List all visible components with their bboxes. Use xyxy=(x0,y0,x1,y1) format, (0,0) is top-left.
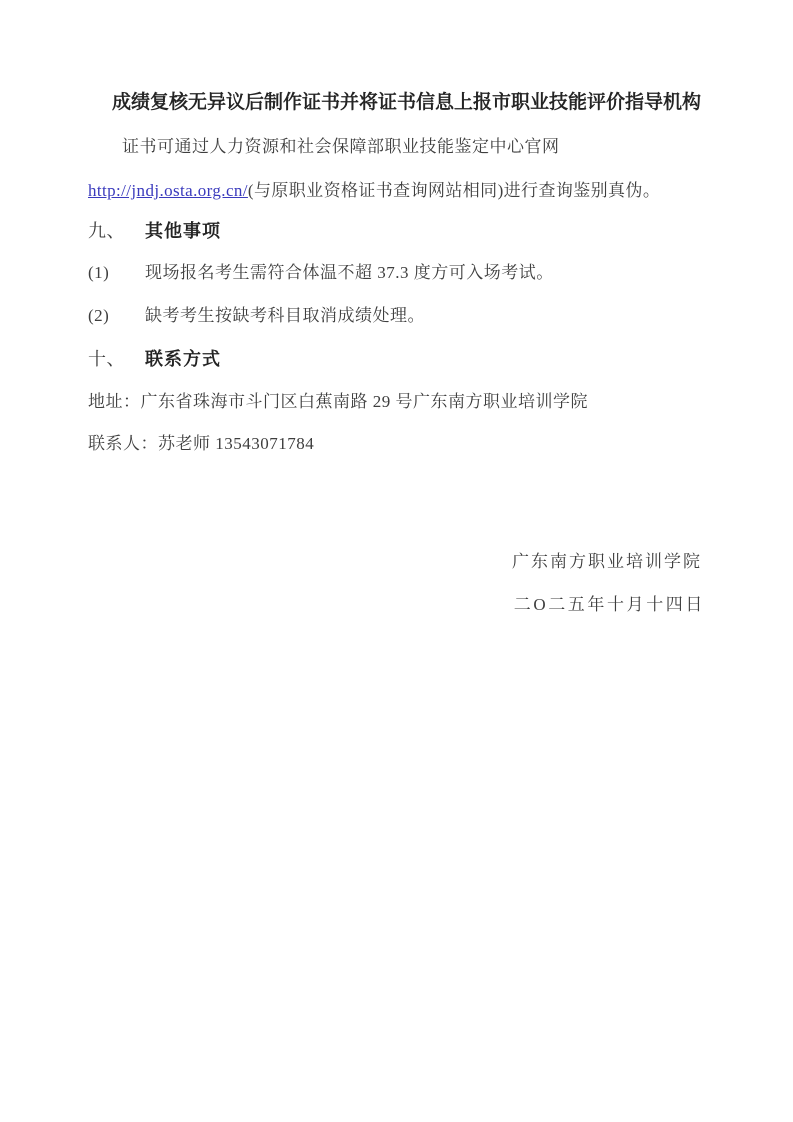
intro-title: 成绩复核无异议后制作证书并将证书信息上报市职业技能评价指导机构 xyxy=(112,92,701,115)
cert-query-line: http://jndj.osta.org.cn/(与原职业资格证书查询网站相同)… xyxy=(88,181,660,201)
list-item-1-text: 现场报名考生需符合体温不超 37.3 度方可入场考试。 xyxy=(145,263,554,282)
address-line: 地址：广东省珠海市斗门区白蕉南路 29 号广东南方职业培训学院 xyxy=(88,392,588,412)
address-value: 广东省珠海市斗门区白蕉南路 29 号广东南方职业培训学院 xyxy=(141,392,589,411)
list-item-1-number: (1) xyxy=(88,263,145,283)
list-item-2: (2)缺考考生按缺考科目取消成绩处理。 xyxy=(88,306,425,326)
section-10-title: 联系方式 xyxy=(145,349,221,369)
cert-info-line: 证书可通过人力资源和社会保障部职业技能鉴定中心官网 xyxy=(122,137,560,157)
section-10-number: 十、 xyxy=(88,349,145,371)
document-page: 成绩复核无异议后制作证书并将证书信息上报市职业技能评价指导机构 证书可通过人力资… xyxy=(0,0,793,1122)
section-9-heading: 九、其他事项 xyxy=(88,221,221,243)
cert-query-link[interactable]: http://jndj.osta.org.cn/ xyxy=(88,181,248,200)
contact-line: 联系人：苏老师 13543071784 xyxy=(88,434,314,454)
section-9-number: 九、 xyxy=(88,221,145,243)
list-item-2-number: (2) xyxy=(88,306,145,326)
address-label: 地址： xyxy=(88,392,141,411)
cert-query-link-suffix: (与原职业资格证书查询网站相同)进行查询鉴别真伪。 xyxy=(248,181,660,200)
section-10-heading: 十、联系方式 xyxy=(88,349,221,371)
signature-date: 二O二五年十月十四日 xyxy=(514,595,705,615)
list-item-2-text: 缺考考生按缺考科目取消成绩处理。 xyxy=(145,306,425,325)
contact-value: 苏老师 13543071784 xyxy=(158,434,314,453)
list-item-1: (1)现场报名考生需符合体温不超 37.3 度方可入场考试。 xyxy=(88,263,554,283)
section-9-title: 其他事项 xyxy=(145,221,221,241)
signature-organization: 广东南方职业培训学院 xyxy=(512,552,702,572)
contact-label: 联系人： xyxy=(88,434,158,453)
